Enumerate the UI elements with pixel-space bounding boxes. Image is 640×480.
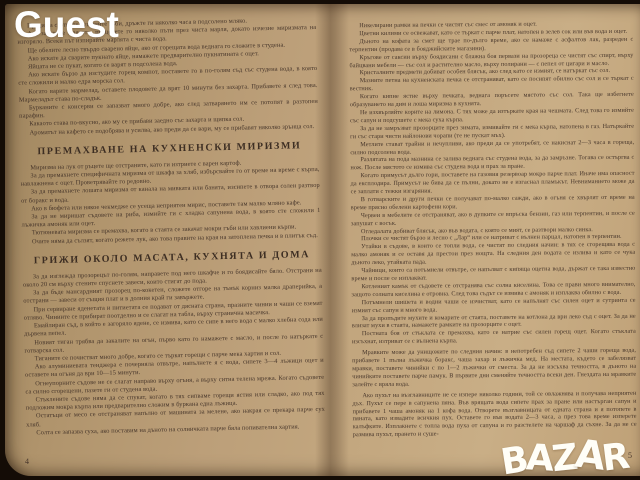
- section-title-kitchen-odors: ПРЕМАХВАНЕ НА КУХНЕНСКИ МИРИЗМИ: [20, 140, 319, 158]
- section-title-table-kitchen-home: ГРИЖИ ОКОЛО МАСАТА, КУХНЯТА И ДОМА: [22, 249, 321, 267]
- page-number-left: 4: [25, 457, 29, 466]
- paragraph: Когато примусът дълго гори, поставете на…: [350, 170, 634, 196]
- right-page-paragraphs: Никелирани рамки на печки се чистят със …: [349, 20, 637, 440]
- logo-letter: R: [600, 439, 630, 478]
- bazar-logo-watermark: BAZAR: [500, 439, 628, 479]
- kitchen-odors-paragraphs: Миризма на лук от ръцете ще отстраните, …: [20, 158, 321, 247]
- table-kitchen-home-paragraphs: За да изглежда прозорецът по-голям, напр…: [23, 267, 326, 438]
- paragraph: Ако пухът на възглавниците не се изпере …: [352, 389, 636, 439]
- logo-letter: A: [526, 440, 554, 477]
- paragraph: Мравките може да унищожите по следния на…: [352, 347, 636, 389]
- open-book: Преди да сготвите сушените гъби, дръжте …: [5, 4, 640, 476]
- paragraph: Утайки в съдове, в които се топли вода, …: [351, 241, 635, 267]
- book-page-right: Никелирани рамки на печки се чистят със …: [335, 4, 640, 476]
- paragraph: Постната боя от стъклата се премахва, ка…: [352, 328, 636, 346]
- guest-watermark-label: Guest: [14, 6, 119, 43]
- photo-of-open-book: Преди да сготвите сушените гъби, дръжте …: [0, 0, 640, 480]
- left-page-text: Преди да сготвите сушените гъби, дръжте …: [17, 16, 326, 453]
- book-page-left: Преди да сготвите сушените гъби, дръжте …: [5, 4, 321, 476]
- page-number-right: 5: [628, 451, 632, 460]
- right-page-text: Никелирани рамки на печки се чистят със …: [349, 20, 637, 443]
